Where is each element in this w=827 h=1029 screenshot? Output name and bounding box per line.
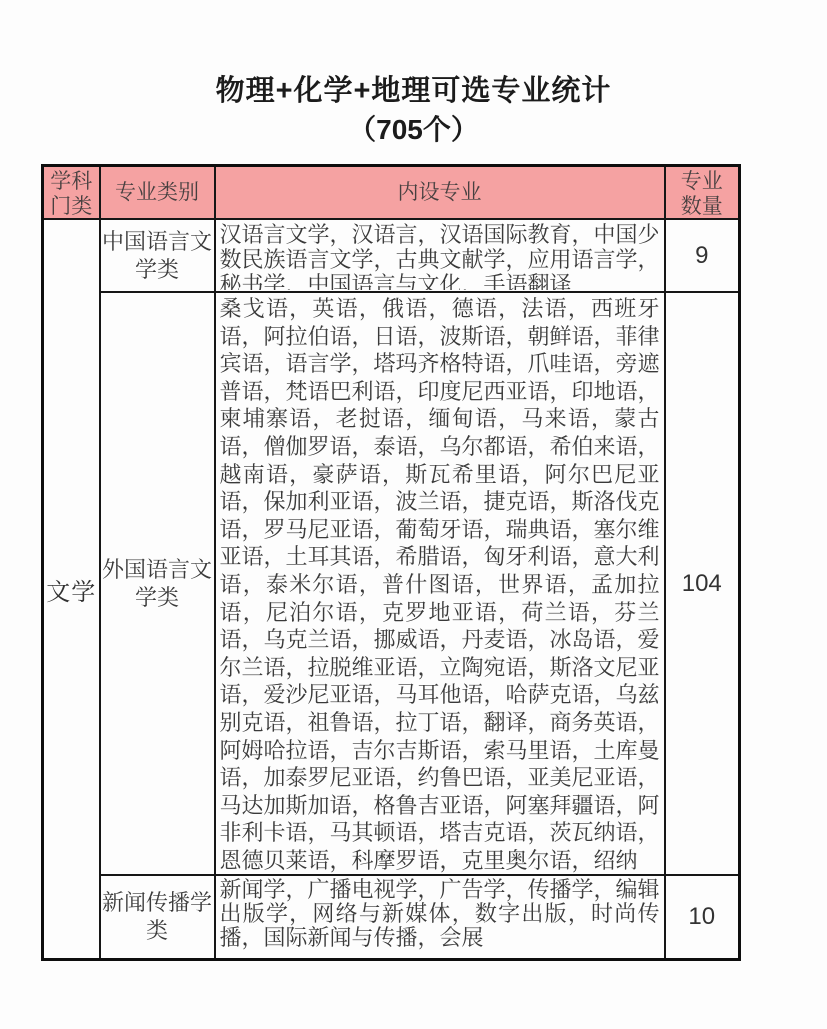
count-cell: 9 — [665, 219, 740, 292]
header-count: 专业数量 — [665, 166, 740, 220]
title-line-2: （705个） — [0, 113, 827, 147]
category-label: 中国语言文学类 — [101, 228, 214, 284]
majors-text: 新闻学，广播电视学，广告学，传播学，编辑出版学，网络与新媒体，数字出版，时尚传播… — [216, 876, 664, 958]
count-value: 10 — [666, 903, 739, 931]
table-header-row: 学科门类 专业类别 内设专业 专业数量 — [43, 166, 740, 220]
table-row-chinese-literature: 文学 中国语言文学类 汉语言文学，汉语言，汉语国际教育，中国少数民族语言文学，古… — [43, 219, 740, 292]
category-label: 新闻传播学类 — [101, 889, 214, 945]
majors-cell: 汉语言文学，汉语言，汉语国际教育，中国少数民族语言文学，古典文献学，应用语言学，… — [215, 219, 665, 292]
count-value: 104 — [666, 570, 739, 598]
discipline-label: 文学 — [46, 580, 96, 606]
header-category-label: 专业类别 — [101, 180, 214, 205]
table-row-journalism: 新闻传播学类 新闻学，广播电视学，广告学，传播学，编辑出版学，网络与新媒体，数字… — [43, 875, 740, 960]
majors-text: 桑戈语，英语，俄语，德语，法语，西班牙语，阿拉伯语，日语，波斯语，朝鲜语，菲律宾… — [216, 293, 664, 873]
count-value: 9 — [666, 242, 739, 270]
title-line-1: 物理+化学+地理可选专业统计 — [0, 74, 827, 108]
category-cell: 中国语言文学类 — [100, 219, 215, 292]
header-discipline: 学科门类 — [43, 166, 100, 220]
count-cell: 104 — [665, 292, 740, 875]
majors-statistics-table: 学科门类 专业类别 内设专业 专业数量 文学 中国语言文学类 汉语言文学，汉语言… — [41, 164, 741, 961]
majors-cell: 桑戈语，英语，俄语，德语，法语，西班牙语，阿拉伯语，日语，波斯语，朝鲜语，菲律宾… — [215, 292, 665, 875]
category-cell: 新闻传播学类 — [100, 875, 215, 960]
count-cell: 10 — [665, 875, 740, 960]
header-majors: 内设专业 — [215, 166, 665, 220]
page-title: 物理+化学+地理可选专业统计 （705个） — [0, 74, 827, 147]
majors-cell: 新闻学，广播电视学，广告学，传播学，编辑出版学，网络与新媒体，数字出版，时尚传播… — [215, 875, 665, 960]
category-cell: 外国语言文学类 — [100, 292, 215, 875]
majors-text: 汉语言文学，汉语言，汉语国际教育，中国少数民族语言文学，古典文献学，应用语言学，… — [216, 220, 664, 290]
header-count-label: 专业数量 — [666, 167, 739, 218]
table-row-foreign-literature: 外国语言文学类 桑戈语，英语，俄语，德语，法语，西班牙语，阿拉伯语，日语，波斯语… — [43, 292, 740, 875]
discipline-cell: 文学 — [43, 219, 100, 960]
header-majors-label: 内设专业 — [216, 180, 664, 205]
header-discipline-label: 学科门类 — [44, 167, 99, 218]
category-label: 外国语言文学类 — [101, 556, 214, 612]
header-category: 专业类别 — [100, 166, 215, 220]
